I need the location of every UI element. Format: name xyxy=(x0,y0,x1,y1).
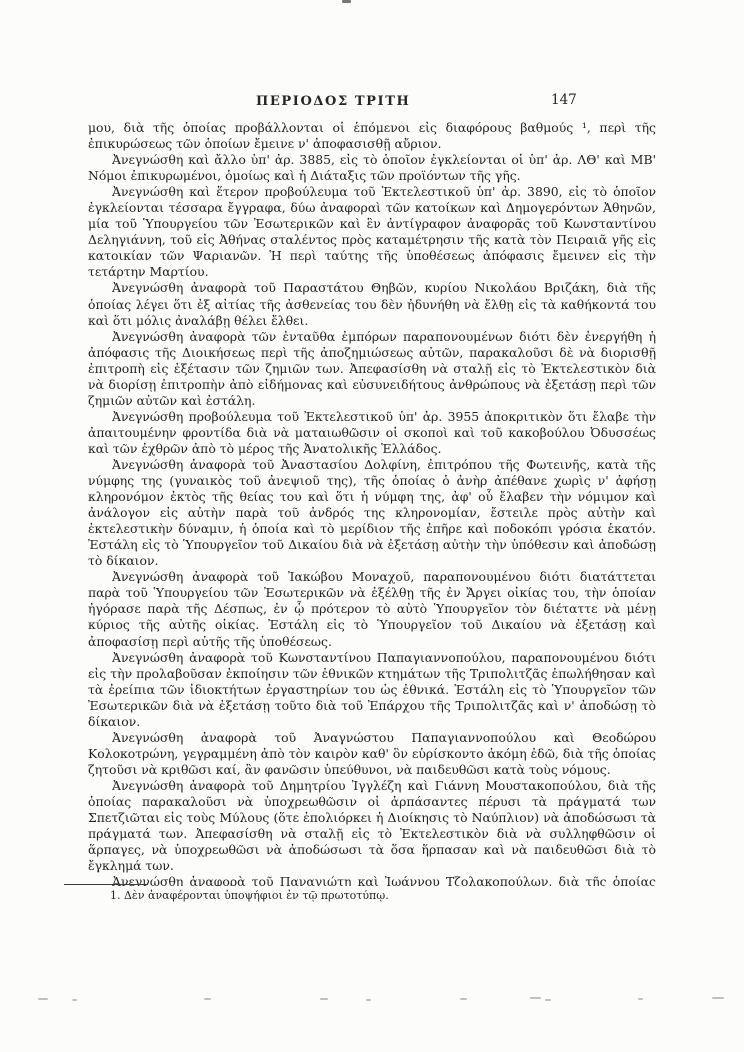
scan-speck xyxy=(712,997,724,999)
paragraph: Ἀνεγνώσθη καὶ ἕτερον προβούλευμα τοῦ Ἐκτ… xyxy=(88,184,656,280)
scan-speck xyxy=(320,998,328,1000)
paragraph: Ἀνεγνώσθη ἀναφορὰ τοῦ Δημητρίου Ἰγγλέζη … xyxy=(88,778,656,874)
paragraph: Ἀνεγνώσθη ἀναφορὰ τῶν ἐνταῦθα ἐμπόρων πα… xyxy=(88,329,656,409)
paragraph: Ἀνεγνώσθη ἀναφορὰ τοῦ Κωνσταντίνου Παπαγ… xyxy=(88,650,656,730)
paragraph: Ἀνεγνώσθη ἀναφορὰ τοῦ Παραστάτου Θηβῶν, … xyxy=(88,280,656,328)
scan-speck xyxy=(204,998,211,1000)
paragraph: Ἀνεγνώσθη ἀναφορὰ τοῦ Ἀναγνώστου Παπαγια… xyxy=(88,730,656,778)
scan-speck xyxy=(38,998,48,1000)
scan-speck xyxy=(342,0,351,3)
scan-speck xyxy=(530,997,541,999)
paragraph: Ἀνεγνώσθη ἀναφορὰ τοῦ Παναγιώτη καὶ Ἰωάν… xyxy=(88,874,656,886)
paragraph: Ἀνεγνώσθη καὶ ἄλλο ὑπ' ἀρ. 3885, εἰς τὸ … xyxy=(88,152,656,184)
page-number: 147 xyxy=(551,92,577,108)
paragraph: Ἀνεγνώσθη ἀναφορὰ τοῦ Ἀναστασίου Δολφίνη… xyxy=(88,457,656,569)
running-title: ΠΕΡΙΟΔΟΣ ΤΡΙΤΗ xyxy=(256,94,410,109)
footnote-rule xyxy=(64,884,148,885)
body-text: μου, διὰ τῆς ὁποίας προβάλλονται οἱ ἑπόμ… xyxy=(88,120,656,886)
book-page: ΠΕΡΙΟΔΟΣ ΤΡΙΤΗ 147 μου, διὰ τῆς ὁποίας π… xyxy=(0,0,744,1052)
scan-speck xyxy=(460,998,467,1000)
scan-speck xyxy=(72,999,77,1001)
paragraph: Ἀνεγνώσθη προβούλευμα τοῦ Ἐκτελεστικοῦ ὑ… xyxy=(88,409,656,457)
footnote: 1. Δὲν ἀναφέρονται ὑποψήφιοι ἐν τῷ πρωτο… xyxy=(110,889,389,902)
scan-speck xyxy=(638,998,643,1000)
scan-speck xyxy=(545,999,551,1001)
scan-speck xyxy=(366,999,371,1001)
paragraph: Ἀνεγνώσθη ἀναφορὰ τοῦ Ἰακώβου Μοναχοῦ, π… xyxy=(88,569,656,649)
paragraph: μου, διὰ τῆς ὁποίας προβάλλονται οἱ ἑπόμ… xyxy=(88,120,656,152)
